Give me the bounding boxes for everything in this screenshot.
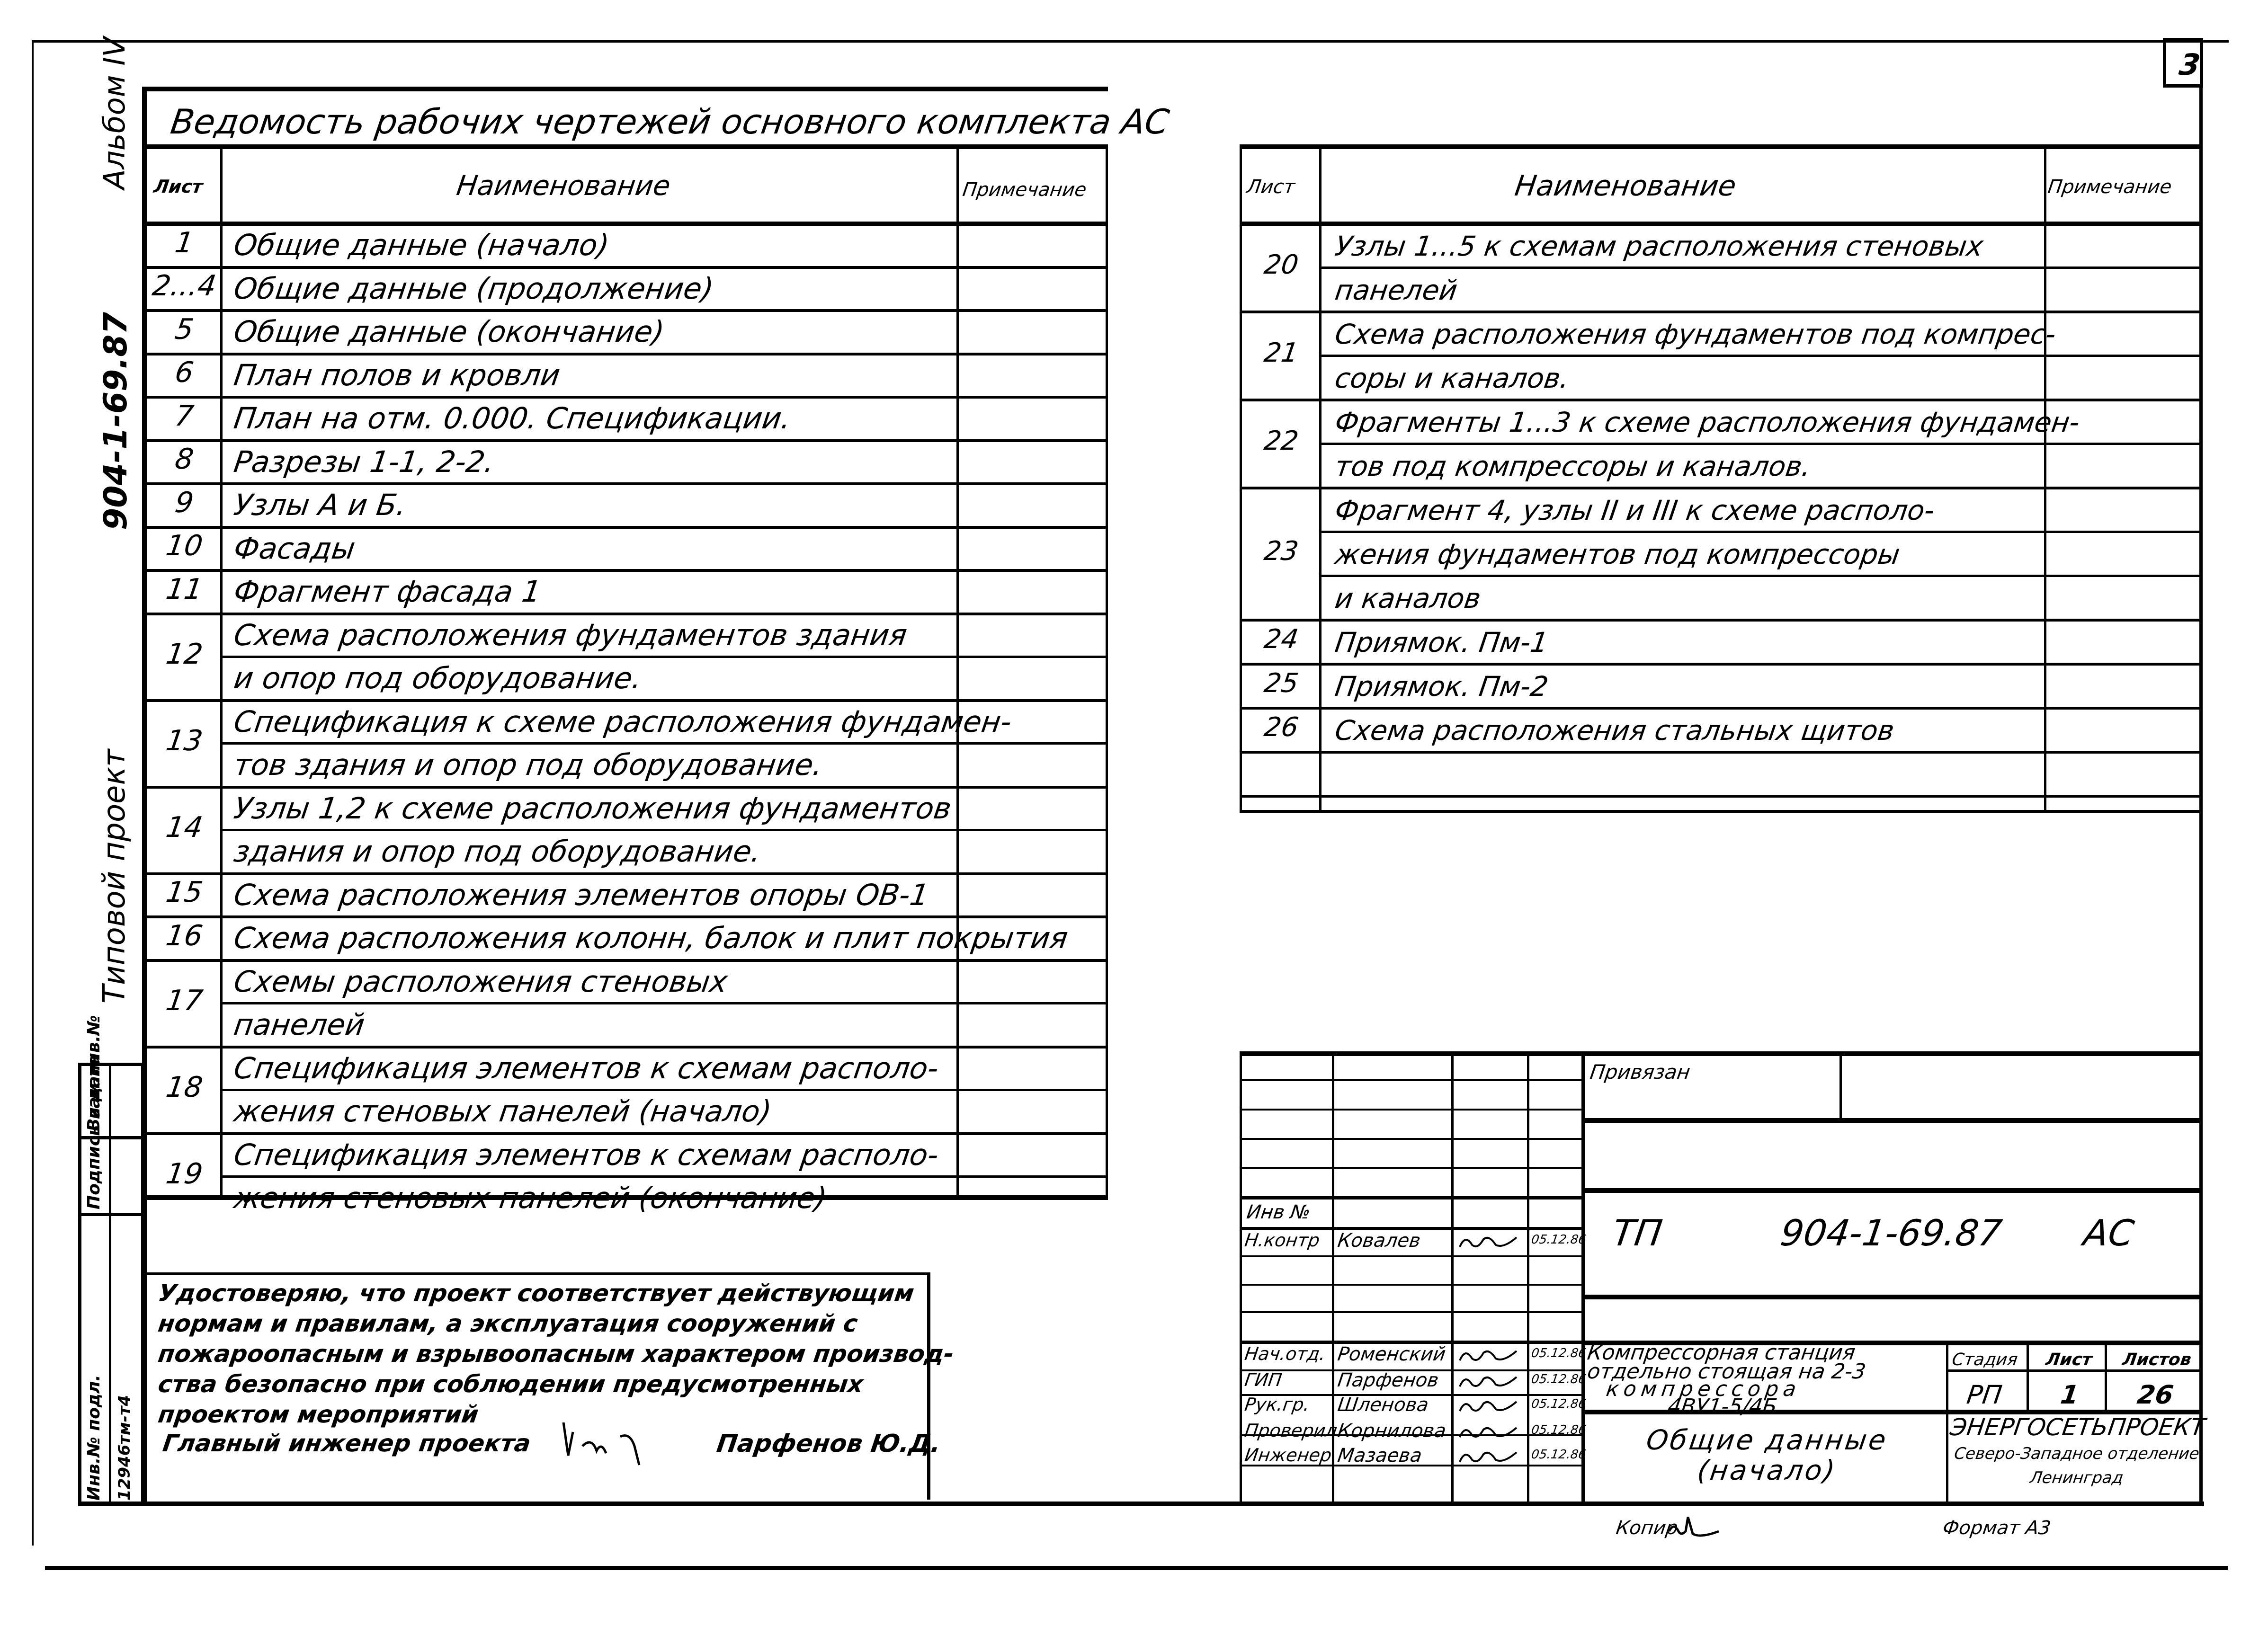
table-row: 2...4Общие данные (продолжение) (142, 267, 1108, 311)
org-name: ЭНЕРГОСЕТЬПРОЕКТ (1948, 1413, 2205, 1441)
margin-stamp-divider (109, 1063, 111, 1505)
sheet-divider (2027, 1341, 2029, 1412)
right-header-name: Наименование (1513, 169, 1738, 203)
stamp-signature-date: Подпись и дата (84, 1055, 104, 1209)
row-sheet-number: 11 (147, 575, 222, 604)
row-name-line: жения стеновых панелей (окончание) (232, 1183, 829, 1213)
row-subline (220, 829, 1108, 831)
copier-signature (1667, 1512, 1723, 1541)
certification-text: Удостоверяю, что проект соответствует де… (156, 1278, 923, 1430)
row-sheet-number: 5 (147, 315, 222, 344)
row-subline (220, 1175, 1108, 1178)
row-name-line: Узлы 1...5 к схемам расположения стеновы… (1333, 232, 1985, 260)
row-name-line: Общие данные (начало) (232, 231, 611, 260)
row-subline (220, 1002, 1108, 1004)
row-sheet-number: 24 (1240, 626, 1323, 653)
signature-role: Нач.отд. (1243, 1343, 1327, 1364)
cert-line: пожароопасным и взрывоопасным характером… (156, 1339, 928, 1369)
object-name: Компрессорная станция отдельно стоящая н… (1586, 1343, 1946, 1416)
row-name-line: Узлы 1,2 к схеме расположения фундаменто… (232, 794, 953, 823)
format-label: Формат А3 (1941, 1517, 2052, 1539)
chief-engineer-name: Парфенов Ю.Д. (715, 1430, 943, 1458)
row-subline (1319, 531, 2202, 533)
row-name-line: Схема расположения стальных щитов (1333, 717, 1896, 744)
row-sheet-number: 26 (1240, 714, 1323, 741)
row-name-line: План полов и кровли (232, 361, 562, 390)
row-subline (220, 742, 1108, 745)
linked-label: Привязан (1589, 1060, 1692, 1084)
stamp-inv-original: Инв.№ подл. (84, 1375, 104, 1501)
tb-grid-line (1240, 1255, 1584, 1257)
cert-line: ства безопасно при соблюдении предусмотр… (156, 1369, 928, 1399)
sheet-title-line: (начало) (1584, 1455, 1950, 1485)
row-sheet-number: 19 (147, 1160, 222, 1188)
row-subline (220, 656, 1108, 658)
table-row: 5Общие данные (окончание) (142, 311, 1108, 354)
table-row: 7План на отм. 0.000. Спецификации. (142, 397, 1108, 441)
row-name-line: Схема расположения колонн, балок и плит … (232, 924, 1070, 953)
left-header-name: Наименование (455, 169, 672, 202)
table-row: 26Схема расположения стальных щитов (1240, 708, 2202, 752)
left-table-top-line (142, 87, 1108, 91)
row-name-line: панелей (232, 1010, 366, 1040)
sheets-divider (2105, 1341, 2107, 1412)
row-sheet-number: 10 (147, 532, 222, 560)
table-row: 11Фрагмент фасада 1 (142, 570, 1108, 614)
table-row: 15Схема расположения элементов опоры ОВ-… (142, 874, 1108, 917)
row-sheet-number: 1 (147, 229, 222, 257)
row-name-line: Узлы А и Б. (232, 490, 408, 520)
table-row (1240, 796, 2202, 840)
table-row: 18Спецификация элементов к схемам распол… (142, 1047, 1108, 1134)
stage-label: Стадия (1951, 1350, 2019, 1369)
tb-grid-line (1240, 1311, 1584, 1313)
row-sheet-number: 6 (147, 358, 222, 387)
table-row: 1Общие данные (начало) (142, 224, 1108, 267)
row-subline (1319, 267, 2202, 269)
row-name-line: Фасады (232, 534, 357, 563)
table-row: 25Приямок. Пм-2 (1240, 664, 2202, 708)
code-number: 904-1-69.87 (1778, 1212, 2004, 1254)
signature-role: ГИП (1243, 1369, 1283, 1390)
stage-header-line (1946, 1369, 2202, 1372)
code-suffix: АС (2081, 1212, 2137, 1254)
inv-label: Инв № (1245, 1201, 1312, 1223)
row-sheet-number: 12 (147, 640, 222, 668)
bottom-trim-line (45, 1566, 2228, 1570)
row-name-line: Разрезы 1-1, 2-2. (232, 447, 496, 477)
tb-grid-line (1240, 1109, 1584, 1111)
row-subline (1319, 355, 2202, 357)
signature-name: Ковалев (1336, 1230, 1422, 1252)
row-sheet-number: 7 (147, 402, 222, 430)
signature-name: Корнилова (1336, 1420, 1447, 1442)
row-name-line: тов под компрессоры и каналов. (1333, 453, 1813, 480)
signature-date: 05.12.86 (1530, 1423, 1587, 1437)
row-name-line: Фрагменты 1...3 к схеме расположения фун… (1333, 409, 2081, 436)
org-city: Ленинград (1948, 1466, 2205, 1490)
org-branch: Северо-Западное отделение (1948, 1441, 2205, 1466)
tb-grid-line (1240, 1167, 1584, 1169)
row-name-line: План на отм. 0.000. Спецификации. (232, 404, 793, 433)
row-subline (1319, 443, 2202, 445)
row-name-line: Общие данные (продолжение) (232, 274, 715, 303)
row-name-line: тов здания и опор под оборудование. (232, 750, 824, 780)
chief-engineer-role: Главный инженер проекта (161, 1430, 532, 1457)
tb-line-linked (1581, 1118, 2202, 1123)
row-name-line: Фрагмент 4, узлы II и III к схеме распол… (1333, 497, 1937, 524)
signature-mark (1456, 1231, 1522, 1251)
row-sheet-number: 25 (1240, 670, 1323, 697)
sheets-value: 26 (2135, 1380, 2175, 1410)
signature-role: Рук.гр. (1243, 1394, 1311, 1415)
left-table-title: Ведомость рабочих чертежей основного ком… (168, 102, 1172, 142)
chief-engineer-signature (559, 1418, 668, 1470)
table-row: 13Спецификация к схеме расположения фунд… (142, 701, 1108, 787)
row-name-line: Схемы расположения стеновых (232, 967, 730, 996)
row-subline (220, 1089, 1108, 1091)
project-code-vertical: 904-1-69.87 (97, 312, 134, 530)
row-sheet-number: 22 (1240, 428, 1323, 454)
signature-name: Мазаева (1336, 1445, 1423, 1466)
tb-grid-line (1240, 1138, 1584, 1140)
table-row: 17Схемы расположения стеновыхпанелей (142, 960, 1108, 1047)
project-label-vertical: Типовой проект (97, 749, 132, 1004)
row-sheet-number: 17 (147, 986, 222, 1015)
signature-mark (1456, 1344, 1522, 1364)
stamp-inv-original-value: 12946тм-т4 (115, 1395, 134, 1501)
row-name-line: Схема расположения фундаментов здания (232, 621, 909, 650)
table-row: 20Узлы 1...5 к схемам расположения стено… (1240, 224, 2202, 312)
table-row: 22Фрагменты 1...3 к схеме расположения ф… (1240, 400, 2202, 488)
row-name-line: Схема расположения фундаментов под компр… (1333, 320, 2058, 348)
cert-line: нормам и правилам, а эксплуатация сооруж… (156, 1308, 928, 1339)
table-row: 6План полов и кровли (142, 354, 1108, 398)
table-row: 10Фасады (142, 527, 1108, 571)
table-row (1240, 752, 2202, 796)
signature-role: Проверил (1243, 1420, 1339, 1441)
code-prefix: ТП (1610, 1212, 1665, 1254)
right-header-note: Примечание (2046, 176, 2173, 198)
signature-date: 05.12.86 (1530, 1448, 1587, 1462)
row-sheet-number: 16 (147, 922, 222, 950)
row-name-line: Спецификация элементов к схемам располо- (232, 1054, 940, 1083)
sheet-title: Общие данные (начало) (1584, 1425, 1946, 1485)
row-name-line: Приямок. Пм-2 (1333, 673, 1550, 700)
signature-role: Инженер (1243, 1445, 1333, 1466)
signature-name: Парфенов (1336, 1369, 1440, 1391)
organization: ЭНЕРГОСЕТЬПРОЕКТ Северо-Западное отделен… (1948, 1413, 2202, 1490)
tb-grid-line (1240, 1284, 1584, 1286)
table-row: 9Узлы А и Б. (142, 484, 1108, 527)
table-row: 12Схема расположения фундаментов зданияи… (142, 614, 1108, 701)
row-sheet-number: 2...4 (147, 272, 222, 300)
cert-line: проектом мероприятий (156, 1399, 928, 1430)
row-sheet-number: 15 (147, 878, 222, 906)
sheet-label: Лист (2045, 1350, 2093, 1369)
table-row: 19Спецификация элементов к схемам распол… (142, 1134, 1108, 1220)
signature-name: Шленова (1336, 1394, 1430, 1416)
tb-grid-line (1240, 1196, 1584, 1200)
signature-date: 05.12.86 (1530, 1397, 1587, 1411)
row-name-line: панелей (1333, 276, 1459, 304)
row-sheet-number: 20 (1240, 252, 1323, 278)
signature-name: Роменский (1336, 1343, 1447, 1365)
row-name-line: здания и опор под оборудование. (232, 837, 763, 866)
row-name-line: жения фундаментов под компрессоры (1333, 541, 1902, 568)
row-name-line: Общие данные (окончание) (232, 317, 666, 347)
signature-date: 05.12.86 (1530, 1233, 1587, 1247)
row-name-line: Фрагмент фасада 1 (232, 577, 543, 606)
row-name-line: Схема расположения элементов опоры ОВ-1 (232, 880, 931, 910)
signature-mark (1456, 1395, 1522, 1415)
row-sheet-number: 9 (147, 489, 222, 517)
table-row: 21Схема расположения фундаментов под ком… (1240, 312, 2202, 400)
album-label: Альбом IV (97, 37, 132, 189)
row-subline (1319, 575, 2202, 577)
stage-value: РП (1965, 1380, 2004, 1410)
sheets-label: Листов (2121, 1350, 2193, 1369)
tb-line-code-top (1581, 1188, 2202, 1193)
linked-divider (1839, 1051, 1842, 1120)
row-sheet-number: 21 (1240, 340, 1323, 366)
cert-line: Удостоверяю, что проект соответствует де… (156, 1278, 928, 1308)
signature-role: Н.контр (1243, 1230, 1321, 1251)
row-sheet-number: 18 (147, 1073, 222, 1102)
row-name-line: Спецификация к схеме расположения фундам… (232, 707, 1013, 737)
right-header-sheet: Лист (1245, 176, 1296, 198)
signature-mark (1456, 1446, 1522, 1466)
table-row: 24Приямок. Пм-1 (1240, 620, 2202, 664)
row-name-line: и опор под оборудование. (232, 664, 643, 693)
left-header-note: Примечание (961, 179, 1088, 201)
row-name-line: Спецификация элементов к схемам располо- (232, 1140, 940, 1170)
left-header-sheet: Лист (152, 176, 204, 197)
row-sheet-number: 14 (147, 813, 222, 842)
signature-mark (1456, 1370, 1522, 1390)
table-row: 23Фрагмент 4, узлы II и III к схеме расп… (1240, 488, 2202, 620)
table-row: 8Разрезы 1-1, 2-2. (142, 441, 1108, 484)
row-name-line: жения стеновых панелей (начало) (232, 1097, 773, 1126)
row-name-line: и каналов (1333, 585, 1482, 612)
table-row: 14Узлы 1,2 к схеме расположения фундамен… (142, 787, 1108, 874)
signature-date: 05.12.86 (1530, 1372, 1587, 1386)
row-sheet-number: 23 (1240, 538, 1323, 565)
row-sheet-number: 8 (147, 445, 222, 473)
row-name-line: Приямок. Пм-1 (1333, 629, 1550, 656)
signature-date: 05.12.86 (1530, 1346, 1587, 1360)
row-sheet-number: 13 (147, 727, 222, 755)
margin-stamp-row-line (78, 1213, 144, 1216)
row-name-line: соры и каналов. (1333, 364, 1571, 392)
tb-line-code-bottom (1581, 1295, 2202, 1299)
tb-grid-line (1240, 1079, 1584, 1081)
table-row: 16Схема расположения колонн, балок и пли… (142, 917, 1108, 960)
signature-mark (1456, 1421, 1522, 1441)
sheet-title-line: Общие данные (1584, 1425, 1950, 1455)
